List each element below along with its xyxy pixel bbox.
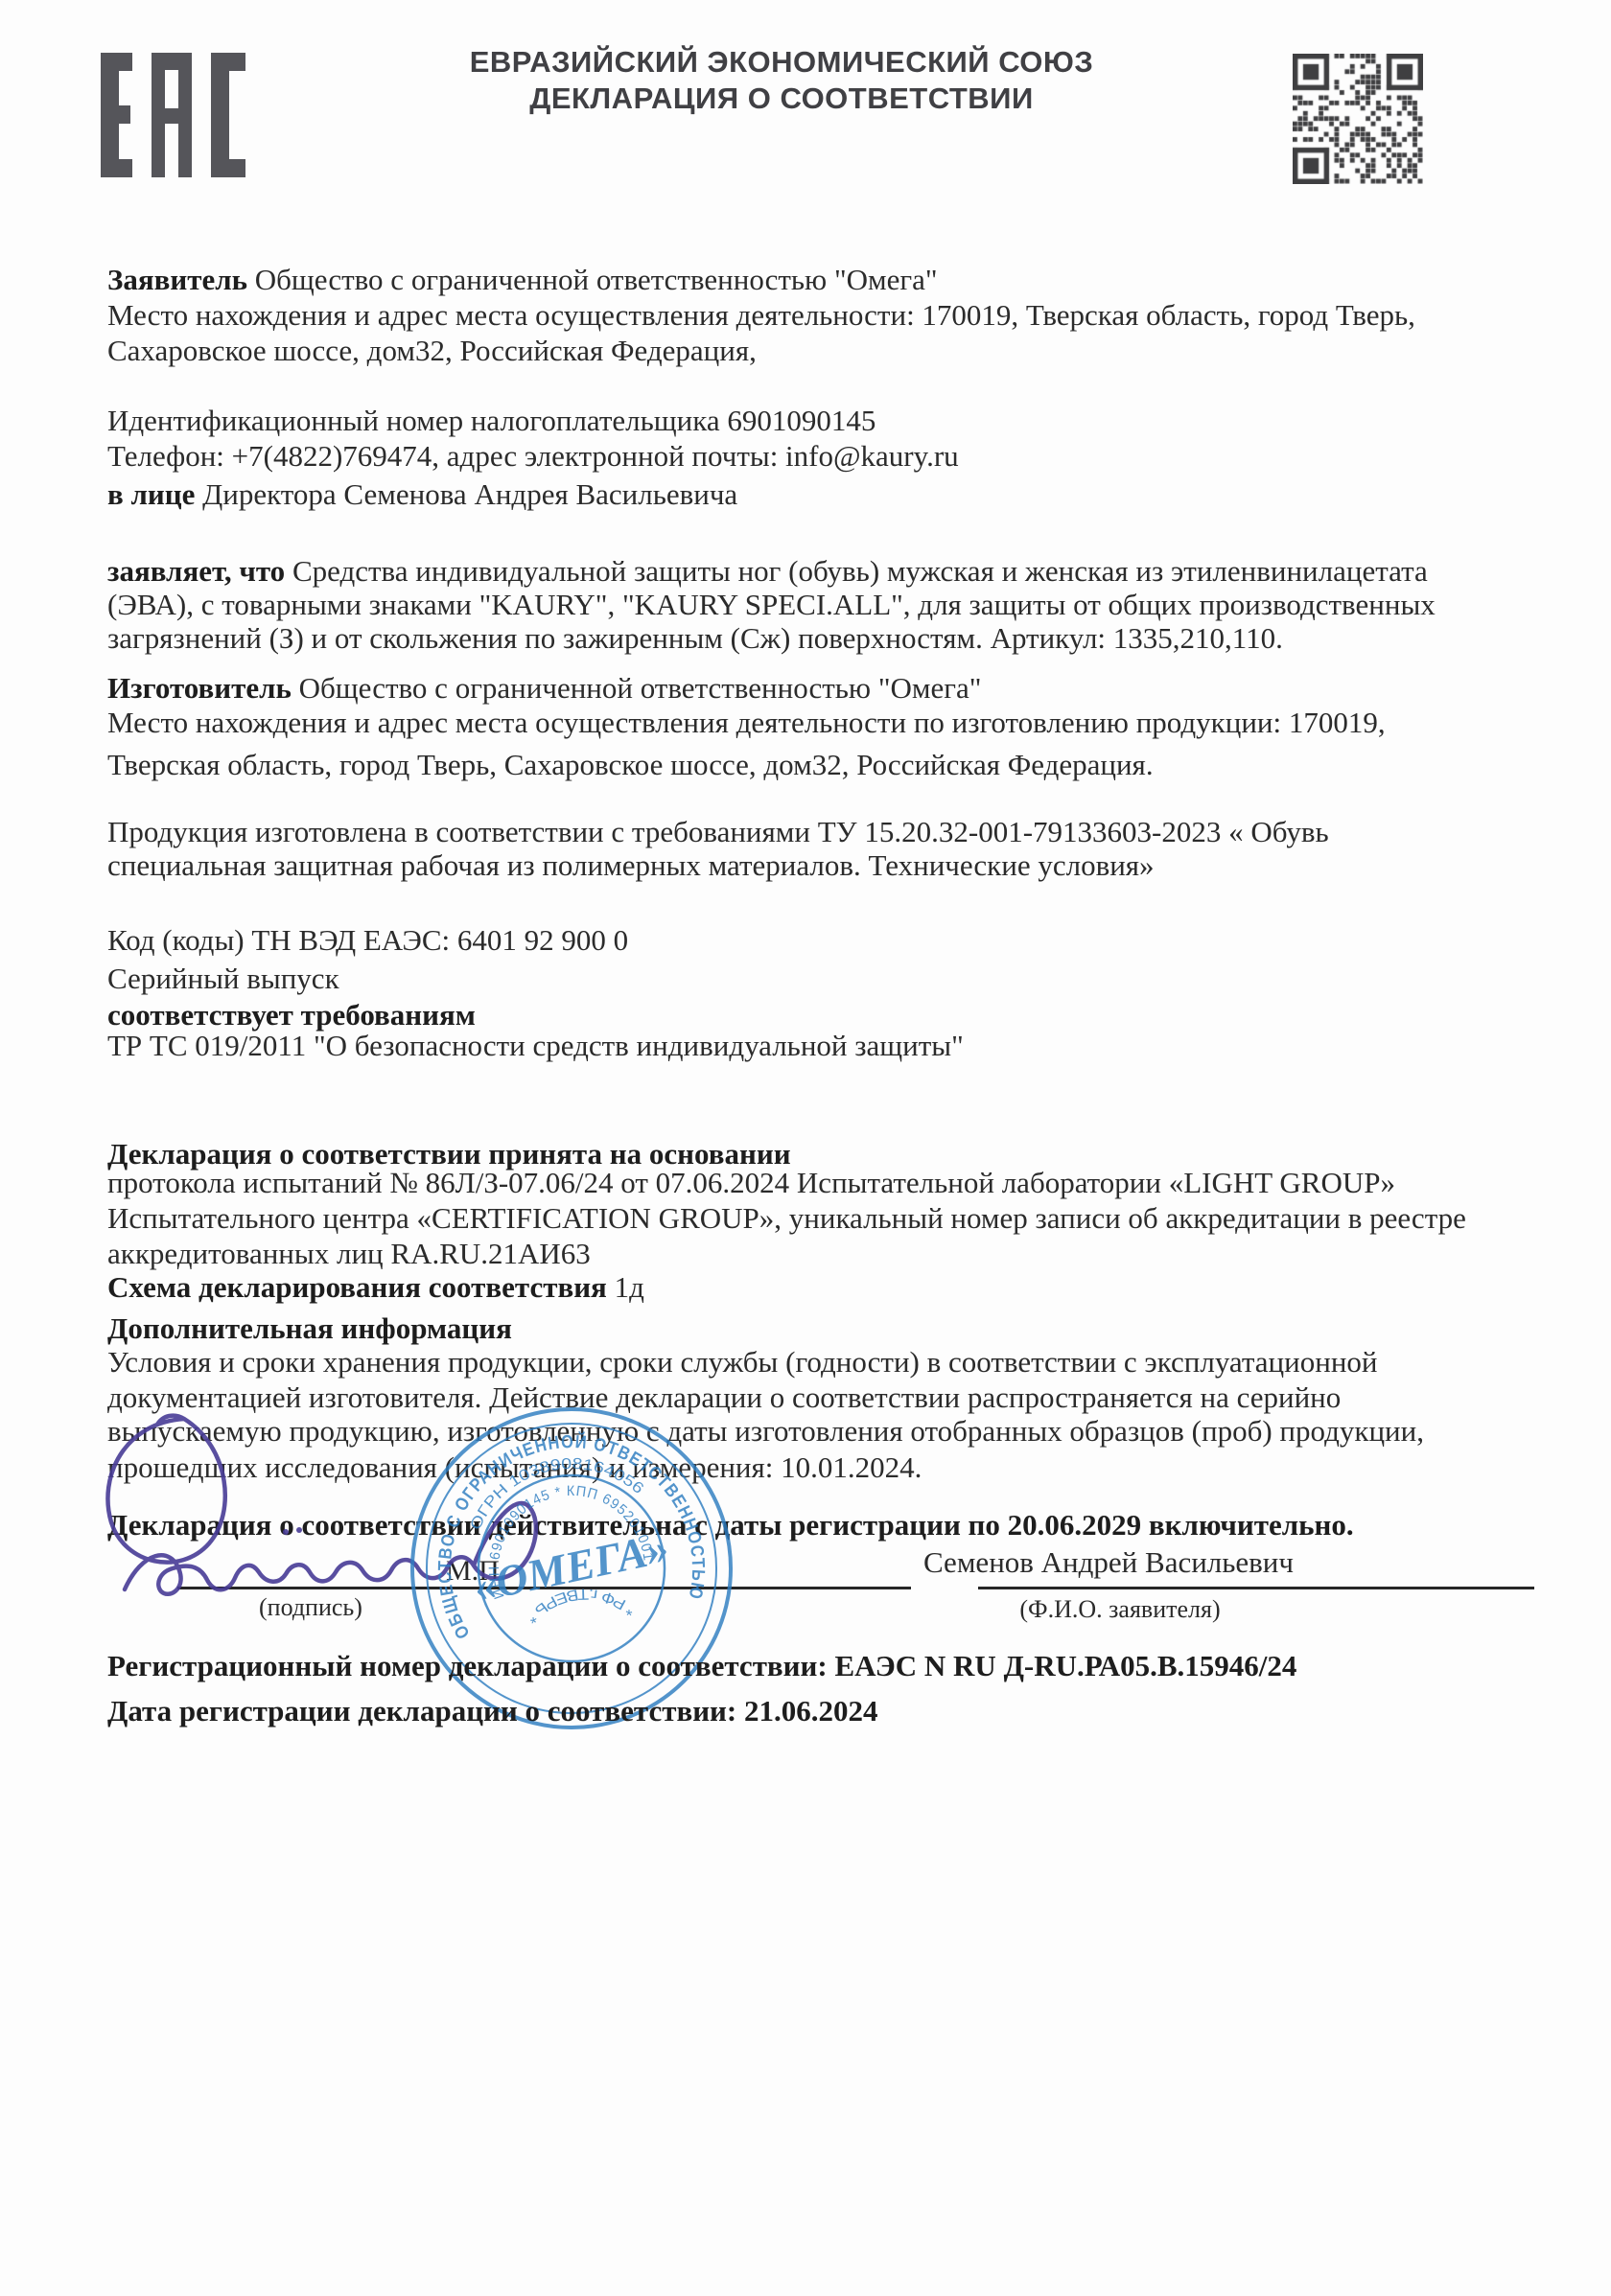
registration-date-line: Дата регистрации декларации о соответств… [107,1693,878,1728]
fio-caption: (Ф.И.О. заявителя) [991,1595,1249,1624]
manufacturer-label: Изготовитель [107,671,292,705]
title-line-1: ЕВРАЗИЙСКИЙ ЭКОНОМИЧЕСКИЙ СОЮЗ [288,44,1275,81]
production-req-line-2: специальная защитная рабочая из полимерн… [107,847,1155,883]
applicant-address-line-1: Место нахождения и адрес места осуществл… [107,297,1415,333]
addinfo-line-1: Условия и сроки хранения продукции, срок… [107,1344,1378,1380]
represented-by-line: в лице Директора Семенова Андрея Василье… [107,476,737,512]
declaration-document: ЕВРАЗИЙСКИЙ ЭКОНОМИЧЕСКИЙ СОЮЗ ДЕКЛАРАЦИ… [0,0,1611,2296]
registration-number-line: Регистрационный номер декларации о соотв… [107,1648,1296,1683]
declares-line-1: заявляет, что Средства индивидуальной за… [107,553,1428,589]
company-stamp: ОБЩЕСТВО С ОГРАНИЧЕННОЙ ОТВЕТСТВЕННОСТЬЮ… [404,1401,739,1736]
conformity-value-line: ТР ТС 019/2011 "О безопасности средств и… [107,1028,964,1063]
eac-logo [101,53,245,177]
represented-by-label: в лице [107,477,195,511]
tnved-code-line: Код (коды) ТН ВЭД ЕАЭС: 6401 92 900 0 [107,922,628,958]
applicant-fio: Семенов Андрей Васильевич [923,1545,1294,1580]
stamp-org-text: ОБЩЕСТВО С ОГРАНИЧЕННОЙ ОТВЕТСТВЕННОСТЬЮ [418,1415,714,1644]
basis-line-1: протокола испытаний № 86Л/З-07.06/24 от … [107,1165,1395,1200]
document-title: ЕВРАЗИЙСКИЙ ЭКОНОМИЧЕСКИЙ СОЮЗ ДЕКЛАРАЦИ… [288,44,1275,117]
declares-label: заявляет, что [107,554,285,588]
taxpayer-id-line: Идентификационный номер налогоплательщик… [107,403,876,438]
manufacturer-line: Изготовитель Общество с ограниченной отв… [107,670,981,706]
manufacturer-address-line-2: Тверская область, город Тверь, Сахаровск… [107,747,1154,782]
applicant-address-line-2: Сахаровское шоссе, дом32, Российская Фед… [107,333,757,368]
title-line-2: ДЕКЛАРАЦИЯ О СООТВЕТСТВИИ [288,81,1275,117]
applicant-label: Заявитель [107,263,247,296]
svg-text:ОБЩЕСТВО С ОГРАНИЧЕННОЙ ОТВЕТС: ОБЩЕСТВО С ОГРАНИЧЕННОЙ ОТВЕТСТВЕННОСТЬЮ [418,1415,714,1644]
addinfo-label-line: Дополнительная информация [107,1310,512,1346]
production-req-line-1: Продукция изготовлена в соответствии с т… [107,814,1329,849]
qr-code [1293,54,1423,184]
fio-line [978,1587,1534,1589]
declares-line-3: загрязнений (З) и от скольжения по зажир… [107,620,1283,656]
scheme-line: Схема декларирования соответствия 1д [107,1269,644,1305]
manufacturer-address-line-1: Место нахождения и адрес места осуществл… [107,705,1386,740]
scheme-label: Схема декларирования соответствия [107,1270,607,1304]
declares-line-2: (ЭВА), с товарными знаками "KAURY", "KAU… [107,587,1436,622]
phone-email-line: Телефон: +7(4822)769474, адрес электронн… [107,438,959,474]
applicant-line: Заявитель Общество с ограниченной ответс… [107,262,938,297]
serial-production-line: Серийный выпуск [107,961,339,996]
basis-line-3: аккредитованных лиц RA.RU.21АИ63 [107,1236,591,1271]
basis-line-2: Испытательного центра «CERTIFICATION GRO… [107,1200,1466,1236]
